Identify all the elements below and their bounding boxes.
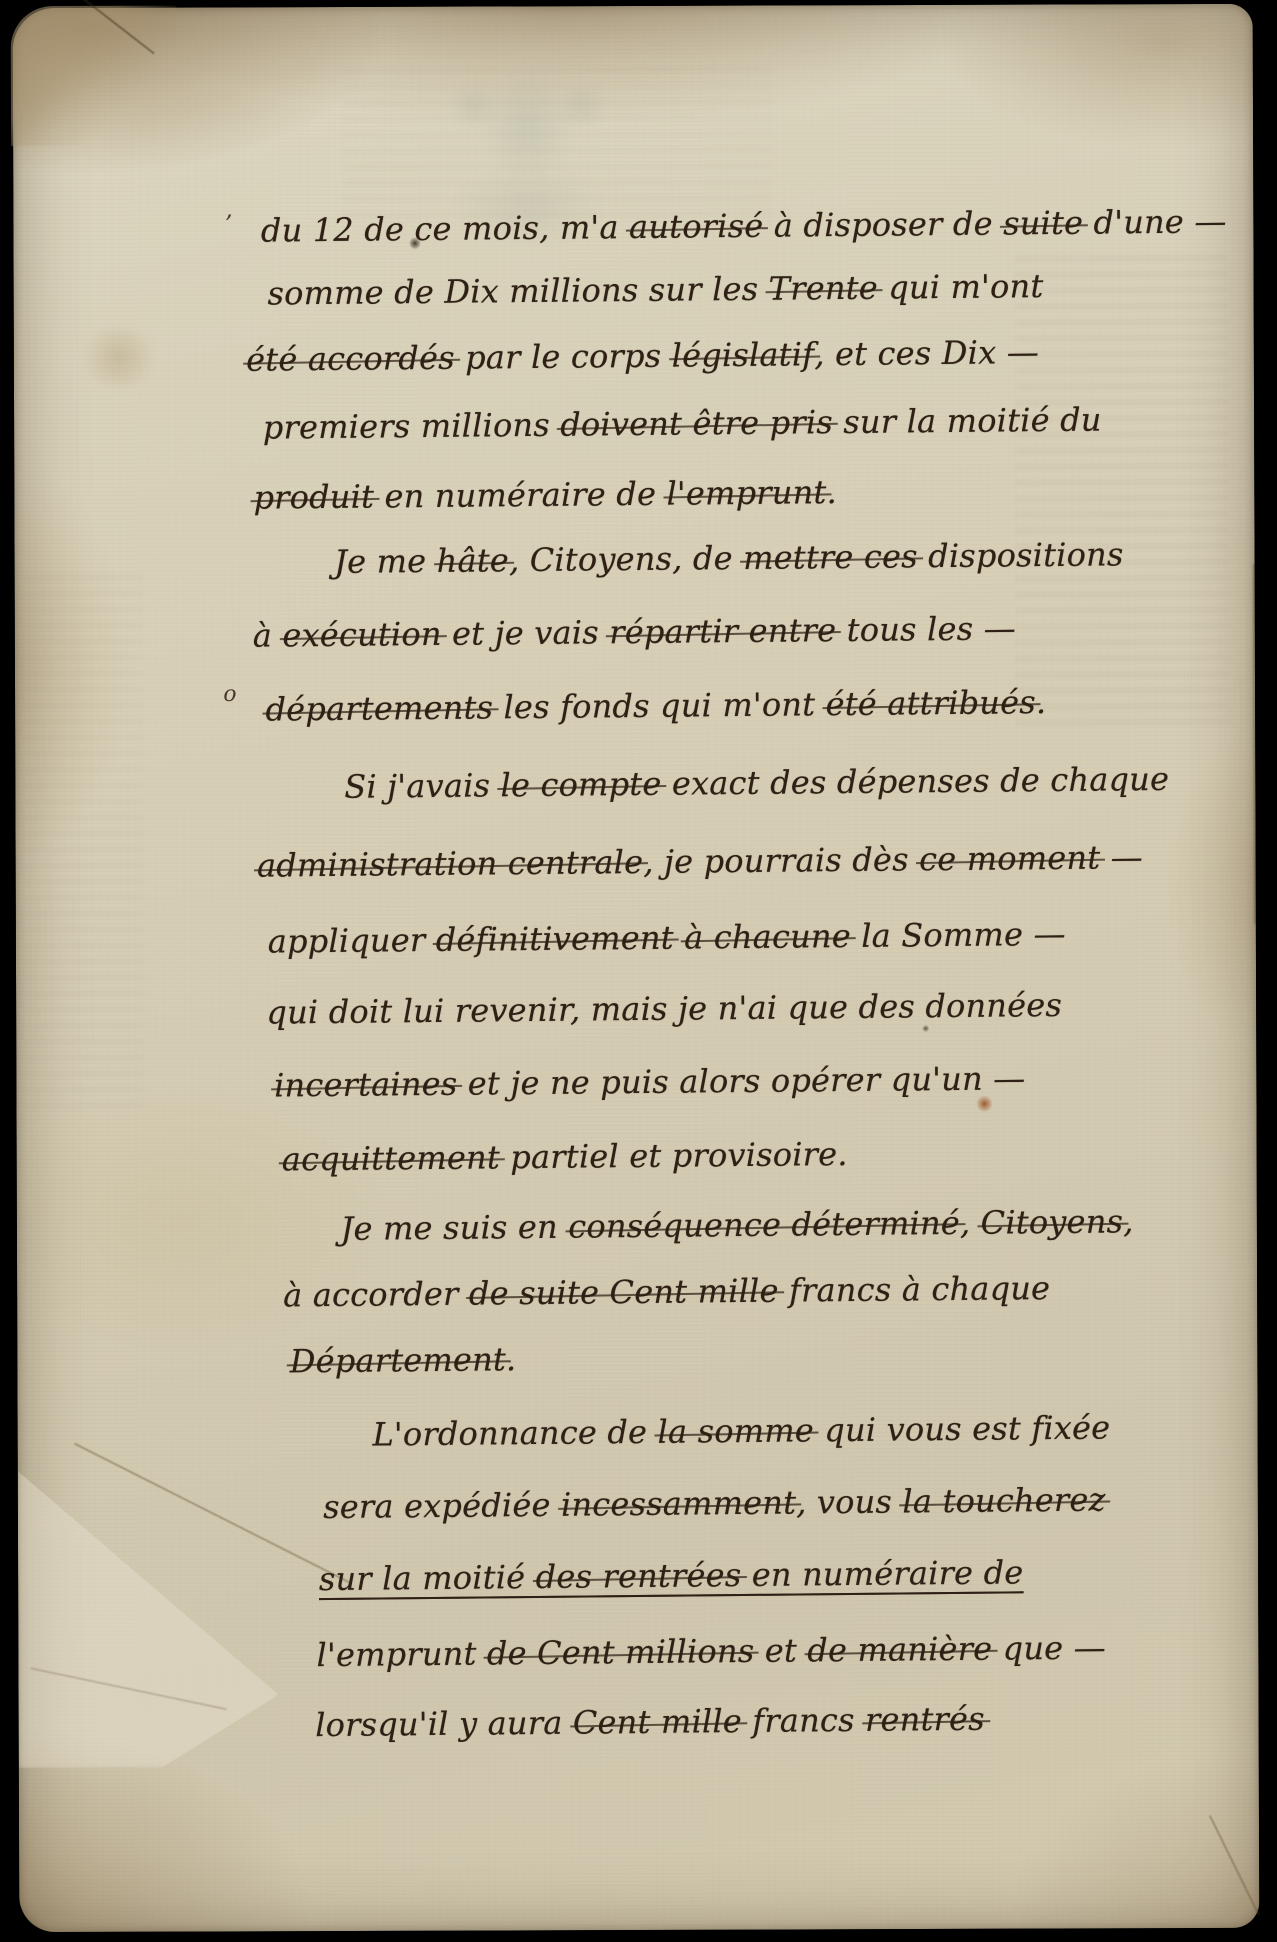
manuscript-line: l'emprunt de Cent millions et de manière… [316,1630,1106,1674]
struck-word: incessamment [561,1483,796,1523]
manuscript-line: été accordés par le corps législatif, et… [246,334,1039,378]
manuscript-line: incertaines et je ne puis alors opérer q… [274,1060,1026,1104]
document-page: du 12 de ce mois, m'a autorisé à dispose… [13,4,1260,1932]
struck-word: la toucherez [902,1481,1106,1521]
manuscript-line: Je me suis en conséquence déterminé, Cit… [340,1203,1133,1247]
manuscript-line: qui doit lui revenir, mais je n'ai que d… [266,987,1062,1031]
manuscript-line: somme de Dix millions sur les Trente qui… [267,268,1043,312]
struck-word: Département [290,1340,507,1380]
struck-word: Citoyens [980,1202,1123,1241]
struck-word: doivent être pris [560,403,833,444]
struck-word: acquittement [282,1138,500,1178]
manuscript-text: du 12 de ce mois, m'a autorisé à dispose… [7,0,1265,1936]
struck-word: administration centrale [257,843,644,885]
margin-mark: o [223,682,236,707]
manuscript-line: Je me hâte, Citoyens, de mettre ces disp… [334,536,1124,580]
manuscript-line: sera expédiée incessamment, vous la touc… [323,1482,1106,1526]
manuscript-line: L'ordonnance de la somme qui vous est fi… [372,1409,1110,1453]
manuscript-line: administration centrale, je pourrais dès… [257,839,1143,884]
struck-word: l'emprunt [666,473,826,513]
struck-word: définitivement [436,919,674,959]
manuscript-line: départements les fonds qui m'ont été att… [265,684,1046,728]
struck-word: Cent mille [573,1702,742,1742]
struck-word: exécution [282,615,442,655]
manuscript-line: produit en numéraire de l'emprunt. [253,474,837,516]
struck-word: ce moment [919,839,1101,879]
manuscript-line: Département. [290,1341,517,1380]
manuscript-line: premiers millions doivent être pris sur … [263,402,1102,447]
struck-word: été attribués [825,683,1036,723]
struck-word: répartir entre [609,611,836,651]
struck-word: législatif [672,335,815,374]
margin-mark: ’ [225,210,233,238]
struck-word: la somme [657,1411,814,1450]
manuscript-line: appliquer définitivement à chacune la So… [268,916,1066,960]
struck-word: de Cent millions [487,1632,755,1673]
struck-word: départements [265,688,493,728]
struck-word: suite [1003,204,1083,243]
manuscript-line: à exécution et je vais répartir entre to… [253,610,1016,654]
manuscript-line: lorsqu'il y aura Cent mille francs rentr… [315,1701,985,1744]
manuscript-line: Si j'avais le compte exact des dépenses … [344,761,1169,806]
struck-word: produit [253,477,374,516]
scan-background: du 12 de ce mois, m'a autorisé à dispose… [0,0,1277,1942]
struck-word: de suite Cent mille [469,1272,779,1313]
struck-word: le compte [500,765,661,805]
struck-word: hâte [436,541,509,580]
manuscript-line: acquittement partiel et provisoire. [282,1136,848,1178]
struck-word: autorisé [629,207,764,246]
struck-word: à chacune [684,917,851,957]
struck-word: conséquence déterminé [568,1204,960,1246]
struck-word: des rentrées [536,1556,742,1596]
struck-word: été accordés [246,339,455,379]
struck-word: Trente [769,269,879,308]
manuscript-line: sur la moitié des rentrées en numéraire … [319,1554,1024,1598]
struck-word: incertaines [274,1065,458,1105]
manuscript-line: à accorder de suite Cent mille francs à … [283,1270,1050,1314]
struck-word: rentrés [865,1700,985,1739]
struck-word: mettre ces [743,537,918,577]
struck-word: de manière [807,1630,992,1670]
manuscript-line: du 12 de ce mois, m'a autorisé à dispose… [261,203,1227,249]
